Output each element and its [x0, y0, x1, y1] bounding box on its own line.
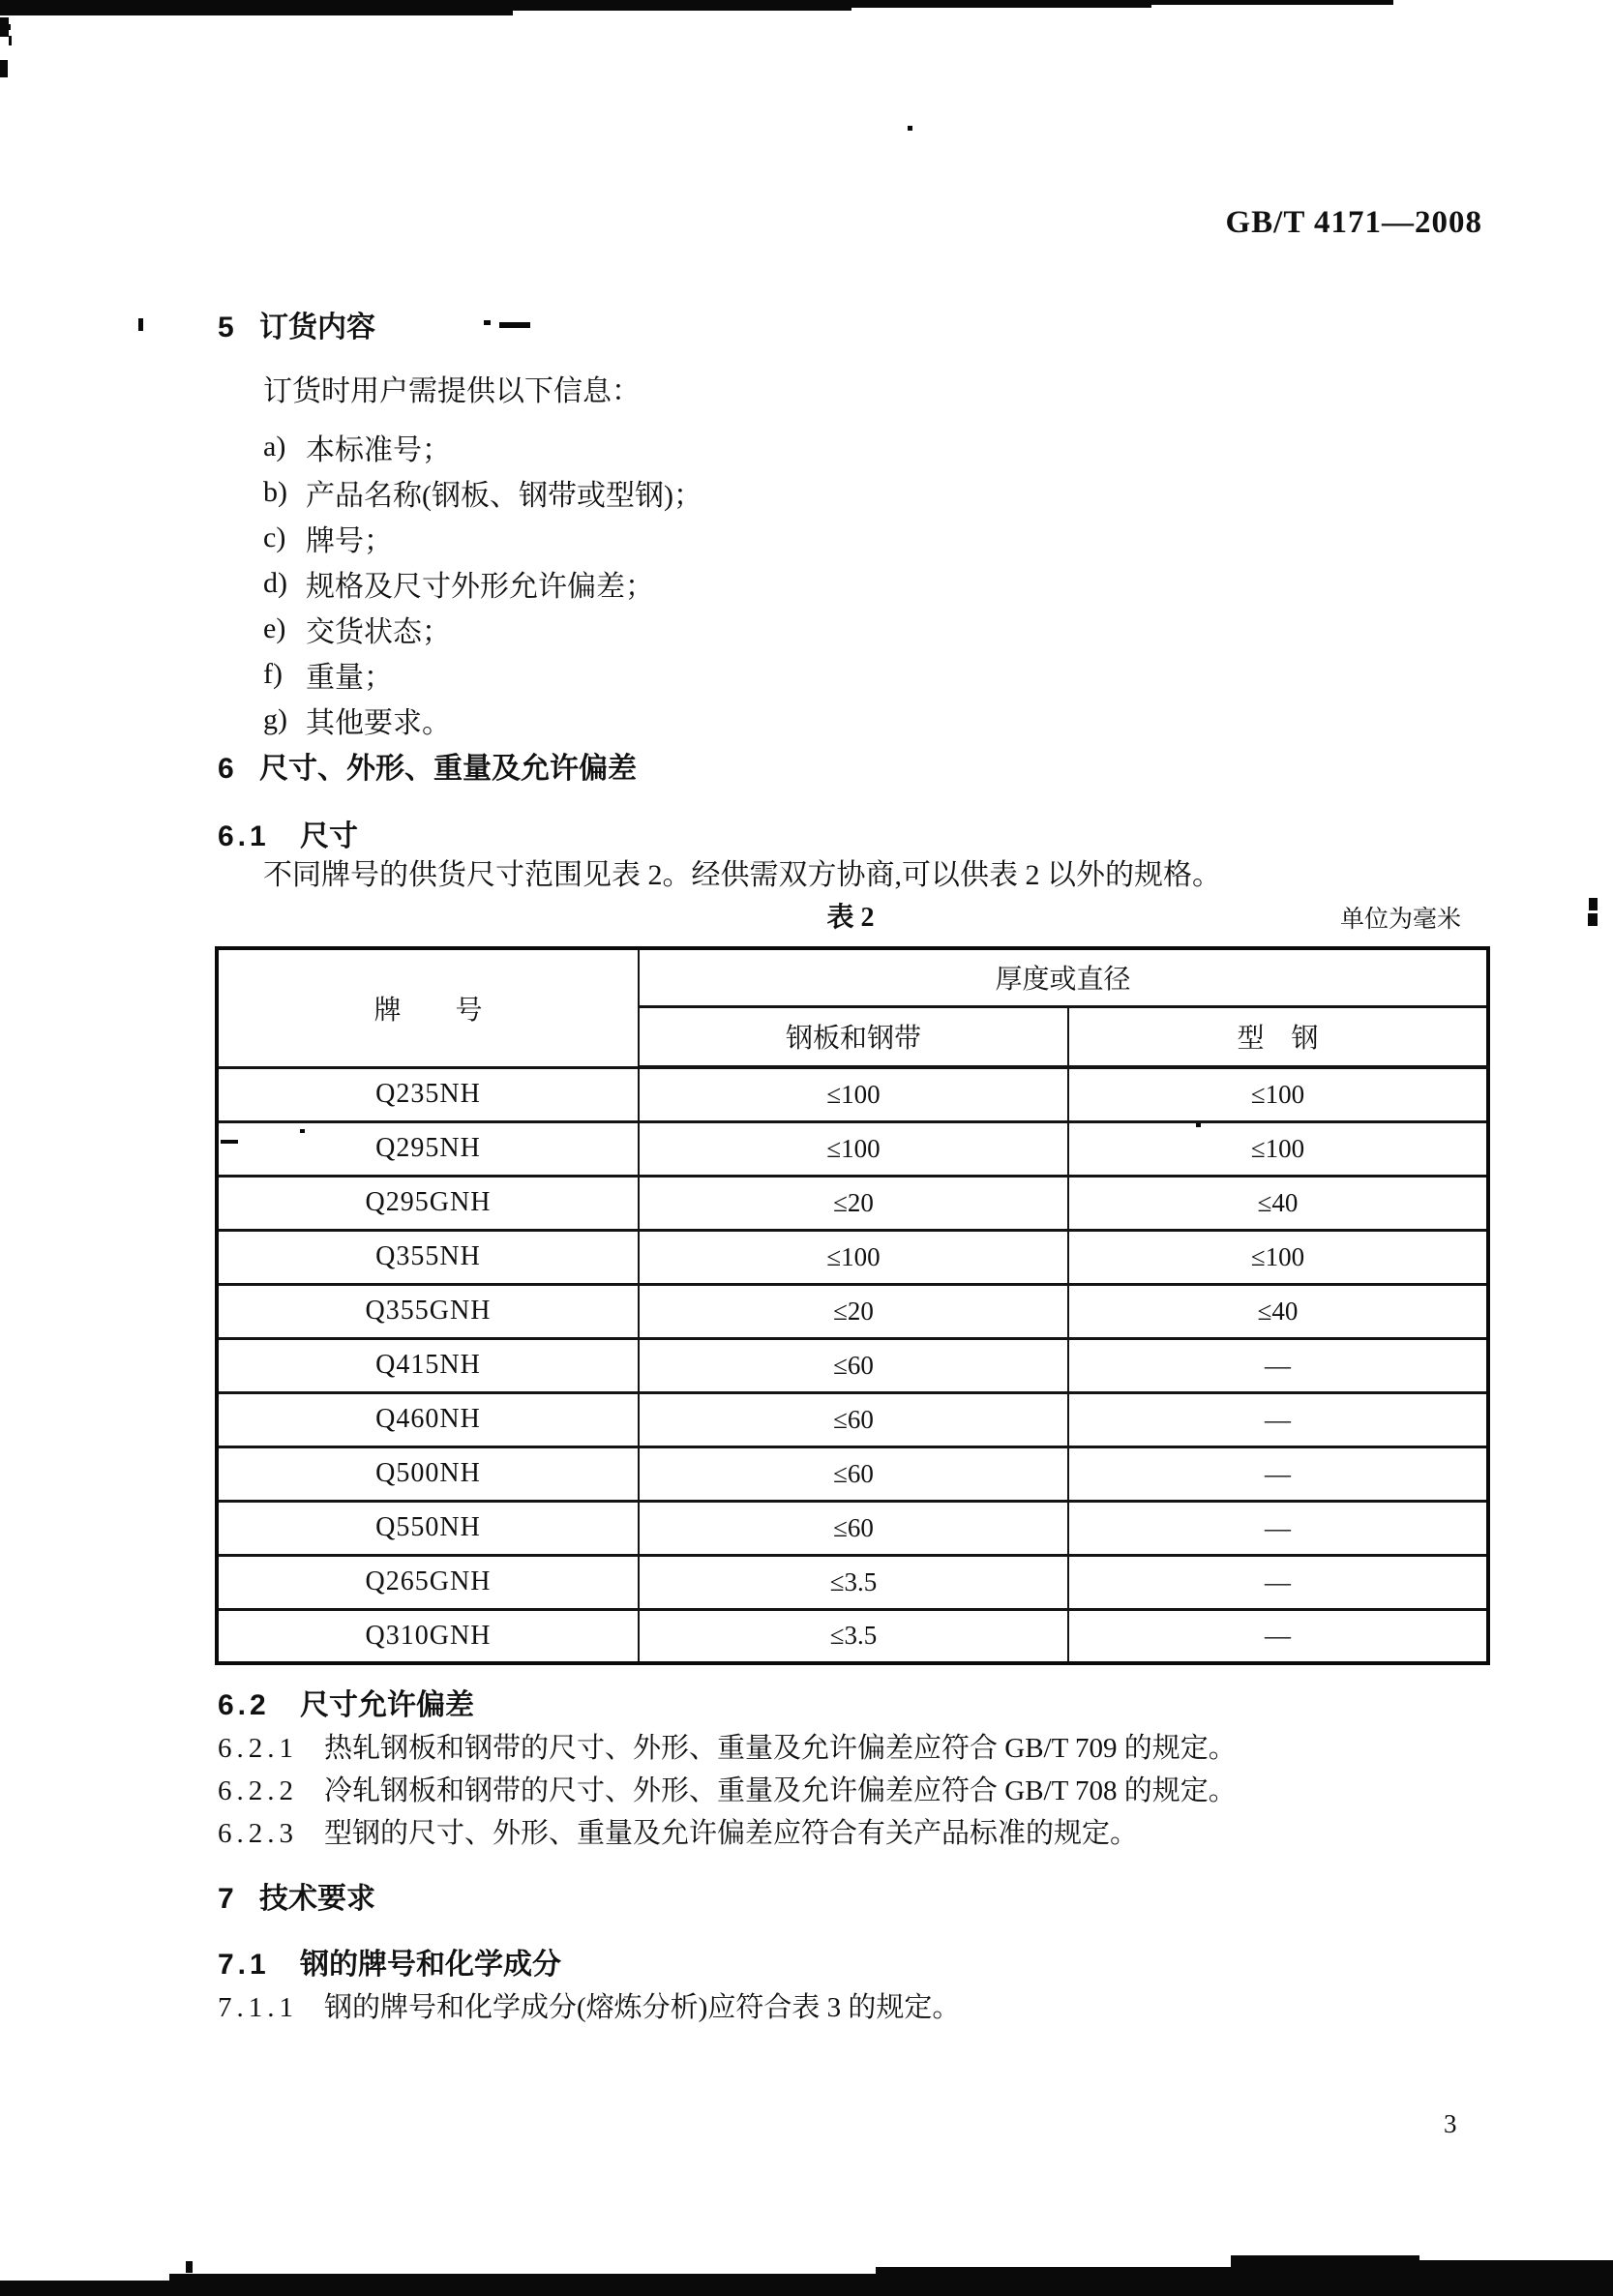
section6-1-number: 6.1	[218, 820, 300, 853]
section6-2-number: 6.2	[218, 1689, 300, 1722]
scan-artifact	[876, 2267, 1239, 2296]
table-row: Q500NH ≤60 —	[217, 1446, 1488, 1501]
list-marker: c)	[263, 522, 306, 554]
clause-number: 6.2.3	[218, 1817, 324, 1850]
grade-cell: Q550NH	[217, 1501, 639, 1555]
plate-cell: ≤3.5	[639, 1609, 1068, 1663]
list-item: d) 规格及尺寸外形允许偏差；	[263, 560, 702, 606]
scan-artifact	[406, 0, 851, 11]
section7-title: 技术要求	[259, 1883, 375, 1915]
list-marker: f)	[263, 658, 306, 691]
section5-number: 5	[218, 312, 259, 344]
section-cell: —	[1068, 1446, 1488, 1501]
section7-number: 7	[218, 1883, 259, 1916]
plate-cell: ≤100	[639, 1230, 1068, 1284]
document-page: GB/T 4171—2008 5订货内容 订货时用户需提供以下信息： a) 本标…	[0, 0, 1613, 2296]
list-text: 重量；	[306, 653, 393, 696]
list-marker: b)	[263, 476, 306, 509]
table-row: Q235NH ≤100 ≤100	[217, 1067, 1488, 1121]
scan-artifact	[499, 322, 530, 328]
section5-title: 订货内容	[259, 312, 375, 343]
table2-group-header: 厚度或直径	[639, 948, 1488, 1006]
table-row: Q295GNH ≤20 ≤40	[217, 1176, 1488, 1230]
section5-intro: 订货时用户需提供以下信息：	[263, 375, 641, 408]
table-row: Q265GNH ≤3.5 —	[217, 1555, 1488, 1609]
clause-text: 热轧钢板和钢带的尺寸、外形、重量及允许偏差应符合 GB/T 709 的规定。	[324, 1732, 1237, 1765]
plate-cell: ≤20	[639, 1176, 1068, 1230]
clause-text: 冷轧钢板和钢带的尺寸、外形、重量及允许偏差应符合 GB/T 708 的规定。	[324, 1774, 1237, 1807]
grade-cell: Q355NH	[217, 1230, 639, 1284]
standard-number: GB/T 4171—2008	[1225, 205, 1482, 241]
clause-6-2-3: 6.2.3 型钢的尺寸、外形、重量及允许偏差应符合有关产品标准的规定。	[218, 1817, 1138, 1850]
order-info-list: a) 本标准号； b) 产品名称(钢板、钢带或型钢)； c) 牌号； d) 规格…	[263, 424, 702, 742]
section-cell: —	[1068, 1501, 1488, 1555]
table2-caption: 表 2	[215, 896, 1486, 935]
scan-artifact	[9, 36, 12, 45]
scan-artifact	[908, 126, 912, 131]
table-row: Q295NH ≤100 ≤100	[217, 1121, 1488, 1176]
list-text: 规格及尺寸外形允许偏差；	[306, 562, 654, 605]
clause-number: 7.1.1	[218, 1991, 324, 2024]
scan-artifact	[186, 2261, 193, 2273]
section7-1-number: 7.1	[218, 1949, 300, 1982]
grade-cell: Q295NH	[217, 1121, 639, 1176]
scan-artifact	[1588, 913, 1598, 926]
section6-heading: 6尺寸、外形、重量及允许偏差	[218, 753, 637, 786]
list-item: b) 产品名称(钢板、钢带或型钢)；	[263, 469, 702, 515]
list-text: 交货状态；	[306, 608, 451, 650]
scan-artifact	[6, 24, 11, 30]
section6-1-title: 尺寸	[300, 820, 358, 852]
section7-1-title: 钢的牌号和化学成分	[300, 1949, 561, 1981]
list-item: g) 其他要求。	[263, 697, 702, 742]
clause-number: 6.2.1	[218, 1732, 324, 1765]
clause-text: 钢的牌号和化学成分(熔炼分析)应符合表 3 的规定。	[324, 1991, 960, 2024]
scan-artifact	[0, 2281, 170, 2296]
clause-text: 型钢的尺寸、外形、重量及允许偏差应符合有关产品标准的规定。	[324, 1817, 1138, 1850]
scan-artifact	[1231, 2255, 1419, 2296]
section7-heading: 7技术要求	[218, 1883, 375, 1916]
clause-6-2-1: 6.2.1 热轧钢板和钢带的尺寸、外形、重量及允许偏差应符合 GB/T 709 …	[218, 1732, 1237, 1765]
table2-unit-note: 单位为毫米	[1340, 900, 1461, 935]
section6-2-title: 尺寸允许偏差	[300, 1689, 474, 1721]
table2-col-plate-header: 钢板和钢带	[639, 1006, 1068, 1067]
list-text: 产品名称(钢板、钢带或型钢)；	[306, 471, 702, 514]
section-cell: ≤100	[1068, 1067, 1488, 1121]
plate-cell: ≤60	[639, 1338, 1068, 1392]
section6-2-heading: 6.2尺寸允许偏差	[218, 1689, 474, 1722]
clause-number: 6.2.2	[218, 1774, 324, 1807]
grade-cell: Q415NH	[217, 1338, 639, 1392]
list-text: 其他要求。	[306, 699, 451, 741]
scan-artifact	[0, 60, 8, 77]
list-marker: d)	[263, 567, 306, 600]
page-number: 3	[1444, 2109, 1457, 2139]
list-item: c) 牌号；	[263, 515, 702, 560]
table-row: Q415NH ≤60 —	[217, 1338, 1488, 1392]
grade-cell: Q310GNH	[217, 1609, 639, 1663]
grade-cell: Q460NH	[217, 1392, 639, 1446]
plate-cell: ≤100	[639, 1067, 1068, 1121]
list-item: a) 本标准号；	[263, 424, 702, 469]
plate-cell: ≤100	[639, 1121, 1068, 1176]
table-row: Q550NH ≤60 —	[217, 1501, 1488, 1555]
plate-cell: ≤20	[639, 1284, 1068, 1338]
section6-title: 尺寸、外形、重量及允许偏差	[259, 753, 637, 785]
scan-artifact	[169, 2274, 881, 2296]
section-cell: —	[1068, 1392, 1488, 1446]
list-text: 牌号；	[306, 517, 393, 559]
section-cell: —	[1068, 1609, 1488, 1663]
clause-6-2-2: 6.2.2 冷轧钢板和钢带的尺寸、外形、重量及允许偏差应符合 GB/T 708 …	[218, 1774, 1237, 1807]
table2: 牌 号 厚度或直径 钢板和钢带 型 钢 Q235NH ≤100 ≤100 Q29…	[215, 946, 1490, 1665]
grade-cell: Q355GNH	[217, 1284, 639, 1338]
scan-artifact	[138, 318, 143, 331]
list-marker: e)	[263, 612, 306, 645]
table-row: Q310GNH ≤3.5 —	[217, 1609, 1488, 1663]
list-text: 本标准号；	[306, 426, 451, 468]
section-cell: ≤40	[1068, 1284, 1488, 1338]
section6-1-heading: 6.1尺寸	[218, 820, 358, 853]
list-item: e) 交货状态；	[263, 606, 702, 651]
section-cell: ≤40	[1068, 1176, 1488, 1230]
plate-cell: ≤60	[639, 1446, 1068, 1501]
section7-1-heading: 7.1钢的牌号和化学成分	[218, 1949, 561, 1982]
table-row: Q355NH ≤100 ≤100	[217, 1230, 1488, 1284]
section-cell: —	[1068, 1555, 1488, 1609]
scan-artifact	[484, 320, 491, 325]
scan-artifact	[1415, 2260, 1613, 2296]
grade-cell: Q265GNH	[217, 1555, 639, 1609]
list-marker: g)	[263, 703, 306, 736]
grade-cell: Q500NH	[217, 1446, 639, 1501]
table-row: Q460NH ≤60 —	[217, 1392, 1488, 1446]
plate-cell: ≤60	[639, 1392, 1068, 1446]
grade-cell: Q295GNH	[217, 1176, 639, 1230]
scan-artifact	[1589, 898, 1598, 910]
scan-artifact	[842, 0, 1151, 8]
list-item: f) 重量；	[263, 651, 702, 697]
plate-cell: ≤60	[639, 1501, 1068, 1555]
table2-col-section-header: 型 钢	[1068, 1006, 1488, 1067]
section6-1-paragraph: 不同牌号的供货尺寸范围见表 2。经供需双方协商,可以供表 2 以外的规格。	[263, 859, 1221, 892]
list-marker: a)	[263, 431, 306, 463]
table2-grade-header: 牌 号	[217, 948, 639, 1067]
table-row: Q355GNH ≤20 ≤40	[217, 1284, 1488, 1338]
section-cell: —	[1068, 1338, 1488, 1392]
section5-heading: 5订货内容	[218, 312, 375, 344]
clause-7-1-1: 7.1.1 钢的牌号和化学成分(熔炼分析)应符合表 3 的规定。	[218, 1991, 960, 2024]
section-cell: ≤100	[1068, 1230, 1488, 1284]
plate-cell: ≤3.5	[639, 1555, 1068, 1609]
section6-number: 6	[218, 753, 259, 786]
scan-artifact	[1142, 0, 1393, 5]
section-cell: ≤100	[1068, 1121, 1488, 1176]
grade-cell: Q235NH	[217, 1067, 639, 1121]
